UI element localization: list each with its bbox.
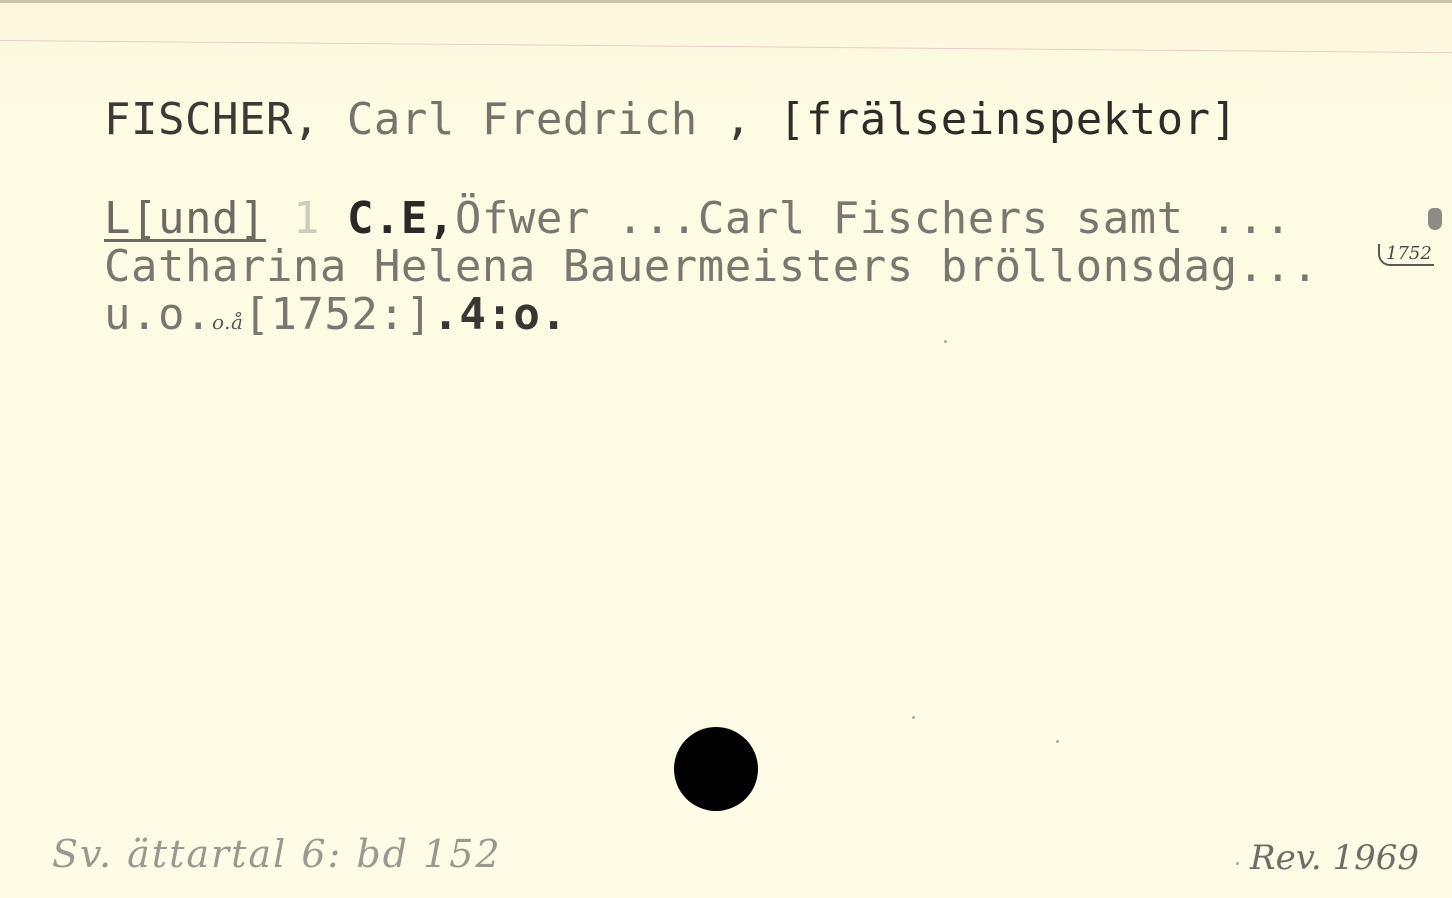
card-top-edge — [0, 0, 1452, 3]
paper-speck — [1236, 862, 1239, 865]
entry-faint-mark: 1 — [293, 193, 320, 244]
entry-printer: C.E, — [347, 193, 455, 244]
entry-imprint-prefix: u.o. — [104, 289, 212, 340]
margin-note-year: 1752 — [1378, 244, 1434, 266]
handwritten-reference: Sv. ättartal 6: bd 152 — [52, 832, 502, 876]
ink-blot-mark — [1428, 208, 1442, 230]
paper-speck — [912, 716, 915, 719]
entry-year: [1752:] — [243, 289, 432, 340]
entry-format: .4:o. — [432, 289, 567, 340]
entry-place: L[und] — [104, 193, 266, 244]
card-heading: FISCHER, Carl Fredrich , [frälseinspekto… — [104, 92, 1238, 148]
heading-separator: , — [725, 94, 752, 145]
entry-line-3: u.o.o.å[1752:].4:o. — [104, 290, 567, 347]
heading-surname: FISCHER, — [104, 94, 320, 145]
heading-given-names: Carl Fredrich — [347, 94, 698, 145]
heading-occupation: [frälseinspektor] — [779, 94, 1238, 145]
handwritten-revision: Rev. 1969 — [1250, 838, 1419, 878]
paper-speck — [944, 340, 947, 343]
catalog-card: FISCHER, Carl Fredrich , [frälseinspekto… — [0, 0, 1452, 898]
entry-line-1: L[und] 1 C.E,Öfwer ...Carl Fischers samt… — [104, 194, 1292, 244]
entry-title-start: Öfwer ...Carl Fischers samt ... — [455, 193, 1292, 244]
punch-hole — [674, 727, 758, 811]
paper-speck — [1056, 740, 1059, 743]
entry-handwritten-oa: o.å — [212, 310, 243, 334]
entry-line-2: Catharina Helena Bauermeisters bröllonsd… — [104, 242, 1319, 292]
card-ruled-line — [0, 40, 1452, 53]
